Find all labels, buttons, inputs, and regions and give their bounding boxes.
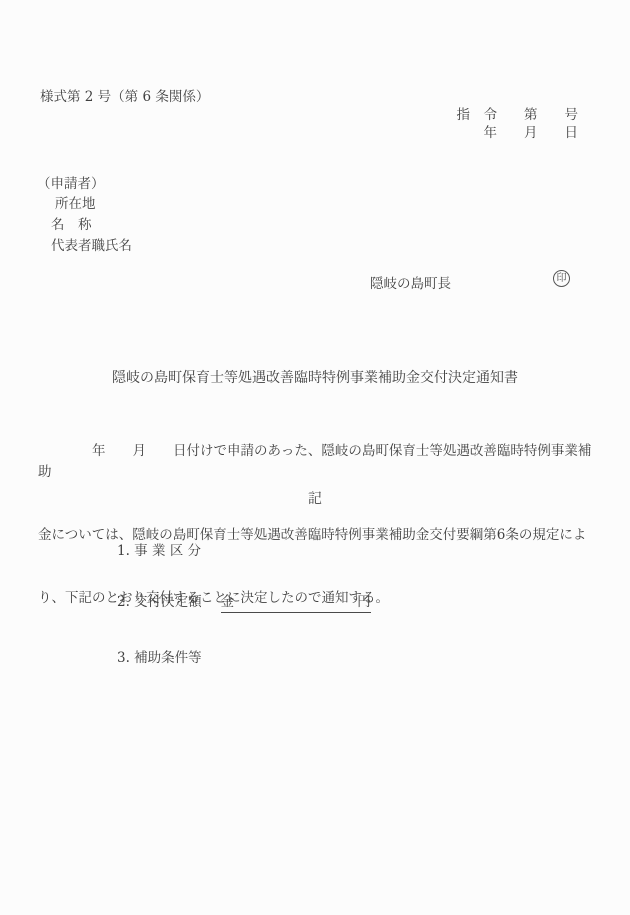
item-business-category: 1. 事 業 区 分 (117, 539, 201, 559)
form-number: 様式第 2 号（第 6 条関係） (40, 85, 209, 105)
seal-mark-icon: 印 (553, 270, 570, 287)
grant-amount-field: 金 円 (221, 590, 371, 613)
amount-prefix: 金 (221, 590, 235, 610)
document-page: 様式第 2 号（第 6 条関係） 指 令 第 号 年 月 日 （申請者） 所在地… (0, 0, 630, 915)
item-subsidy-conditions: 3. 補助条件等 (117, 646, 202, 666)
body-line-1: 年 月 日付けで申請のあった、隠岐の島町保育士等処遇改善臨時特例事業補助 (38, 441, 598, 483)
applicant-address-label: 所在地 (55, 192, 96, 212)
directive-number-line: 指 令 第 号 (457, 103, 579, 123)
applicant-heading: （申請者） (37, 172, 105, 192)
applicant-representative-label: 代表者職氏名 (51, 234, 132, 254)
document-title: 隠岐の島町保育士等処遇改善臨時特例事業補助金交付決定通知書 (0, 367, 630, 387)
applicant-name-label: 名 称 (51, 213, 92, 233)
record-marker: 記 (0, 488, 630, 508)
issue-date-line: 年 月 日 (484, 121, 579, 141)
body-paragraph: 年 月 日付けで申請のあった、隠岐の島町保育士等処遇改善臨時特例事業補助 金につ… (38, 399, 598, 651)
issuer-title: 隠岐の島町長 (370, 272, 451, 292)
amount-suffix: 円 (357, 590, 371, 610)
item-grant-amount: 2. 交付決定額 金 円 (117, 590, 371, 613)
grant-amount-label: 2. 交付決定額 (117, 590, 202, 610)
